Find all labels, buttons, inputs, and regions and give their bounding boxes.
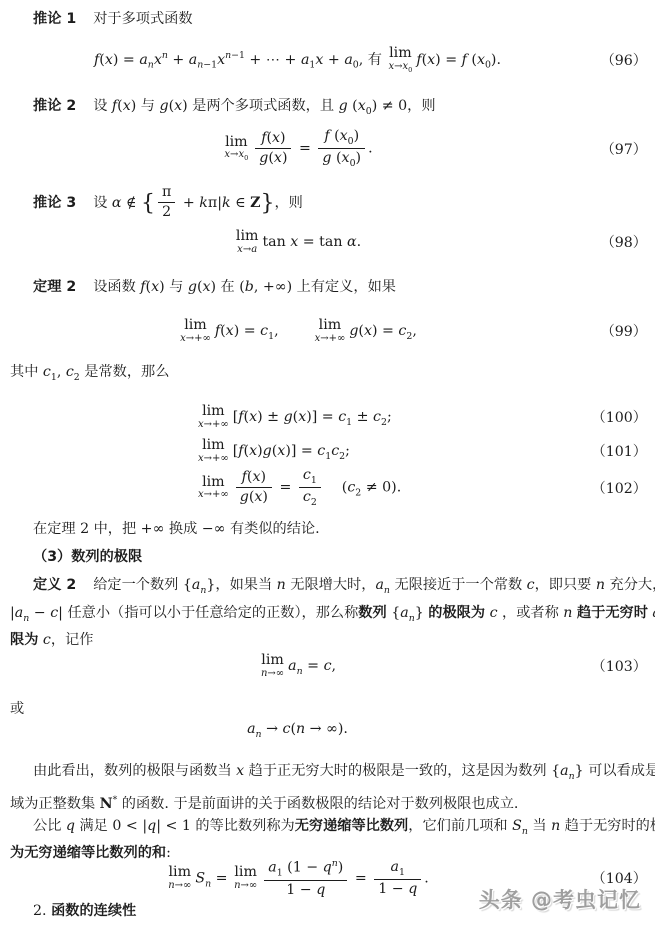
equation-98-body: limx→atan x = tan α. [234,229,361,255]
corollary2-text: 设 f(x) 与 g(x) 是两个多项式函数，且 g (x0) ≠ 0，则 [93,98,435,114]
equation-100: limx→+∞[f(x) ± g(x)] = c1 ± c2; （100） [0,404,655,430]
paragraph1-line2-text: 域为正整数集 N* 的函数. 于是前面讲的关于函数极限的结论对于数列极限也成立. [10,796,518,812]
equation-100-number: （100） [592,407,647,427]
paragraph1-line2: 域为正整数集 N* 的函数. 于是前面讲的关于函数极限的结论对于数列极限也成立. [10,789,518,815]
definition2-line2-text: |an − c| 任意小（指可以小于任意给定的正数），那么称数列 {an} 的极… [10,605,655,621]
equation-102: limx→+∞f(x)g(x) = c1c2(c2 ≠ 0). （102） [0,467,655,508]
corollary3-text: 设 α ∉ {π2 + kπ|k ∈ Z}，则 [93,195,303,211]
equation-103-number: （103） [592,656,647,676]
definition2-line2: |an − c| 任意小（指可以小于任意给定的正数），那么称数列 {an} 的极… [10,603,655,629]
equation-99: limx→+∞f(x) = c1,limx→+∞g(x) = c2, （99） [0,318,655,344]
sequence-limit-notation: an → c(n → ∞). [0,721,655,740]
equation-101: limx→+∞[f(x)g(x)] = c1c2; （101） [0,438,655,464]
equation-99-body: limx→+∞f(x) = c1,limx→+∞g(x) = c2, [178,318,417,344]
or-line: 或 [10,699,24,720]
equation-97: limx→x0f(x)g(x) = f (x0)g (x0). （97） [0,128,655,169]
corollary1-label: 推论 1 [33,11,76,27]
paragraph1-line1-text: 由此看出，数列的极限与函数当 x 趋于正无穷大时的极限是一致的，这是因为数列 {… [33,763,655,779]
textbook-page: 推论 1对于多项式函数 f(x) = anxn + an−1xn−1 + ⋯ +… [0,0,655,926]
section-sequence-limit-heading: （3）数列的极限 [33,547,142,568]
definition2-text: 给定一个数列 {an}，如果当 n 无限增大时，an 无限接近于一个常数 c，即… [93,577,655,593]
corollary2-line: 推论 2设 f(x) 与 g(x) 是两个多项式函数，且 g (x0) ≠ 0，… [33,96,436,122]
equation-101-number: （101） [592,441,647,461]
where-constants-text: 其中 c1, c2 是常数，那么 [10,364,169,380]
paragraph2-line1: 公比 q 满足 0 < |q| < 1 的等比数列称为无穷递缩等比数列，它们前几… [33,816,655,842]
equation-96: f(x) = anxn + an−1xn−1 + ⋯ + a1x + a0, 有… [0,46,655,74]
theorem2-remark-line: 在定理 2 中，把 +∞ 换成 −∞ 有类似的结论. [33,519,320,540]
theorem2-text: 设函数 f(x) 与 g(x) 在 (b, +∞) 上有定义，如果 [93,279,396,295]
equation-104-body: limn→∞Sn = limn→∞a1 (1 − qn)1 − q = a11 … [166,858,429,899]
equation-97-body: limx→x0f(x)g(x) = f (x0)g (x0). [222,128,372,169]
equation-103-body: limn→∞an = c, [259,653,336,679]
corollary3-label: 推论 3 [33,195,76,211]
equation-96-number: （96） [601,50,647,70]
equation-103: limn→∞an = c, （103） [0,653,655,679]
where-constants-line: 其中 c1, c2 是常数，那么 [10,362,169,388]
paragraph1-line1: 由此看出，数列的极限与函数当 x 趋于正无穷大时的极限是一致的，这是因为数列 {… [33,761,655,787]
equation-101-body: limx→+∞[f(x)g(x)] = c1c2; [196,438,350,464]
equation-102-body: limx→+∞f(x)g(x) = c1c2(c2 ≠ 0). [196,467,401,508]
watermark-toutiao: 头条 @考虫记忆 [479,884,641,914]
definition2-line: 定义 2给定一个数列 {an}，如果当 n 无限增大时，an 无限接近于一个常数… [33,575,655,601]
definition2-line3-text: 限为 c，记作 [10,632,93,648]
sequence-limit-notation-body: an → c(n → ∞). [247,721,348,740]
corollary3-line: 推论 3设 α ∉ {π2 + kπ|k ∈ Z}，则 [33,184,303,221]
equation-98-number: （98） [601,232,647,252]
equation-99-number: （99） [601,321,647,341]
section-sequence-limit-title: （3）数列的极限 [33,549,142,565]
equation-97-number: （97） [601,139,647,159]
equation-100-body: limx→+∞[f(x) ± g(x)] = c1 ± c2; [196,404,392,430]
section-continuity-title: 函数的连续性 [51,903,136,919]
corollary1-text: 对于多项式函数 [93,11,192,27]
or-text: 或 [10,701,24,717]
section-continuity-heading: 2. 函数的连续性 [33,901,136,922]
section-continuity-number: 2. [33,903,47,919]
definition2-line3: 限为 c，记作 [10,630,93,651]
corollary2-label: 推论 2 [33,98,76,114]
equation-102-number: （102） [592,478,647,498]
equation-96-body: f(x) = anxn + an−1xn−1 + ⋯ + a1x + a0, 有… [94,46,501,74]
definition2-label: 定义 2 [33,577,76,593]
equation-98: limx→atan x = tan α. （98） [0,229,655,255]
theorem2-line: 定理 2设函数 f(x) 与 g(x) 在 (b, +∞) 上有定义，如果 [33,277,396,298]
corollary1-line: 推论 1对于多项式函数 [33,9,193,30]
theorem2-remark-text: 在定理 2 中，把 +∞ 换成 −∞ 有类似的结论. [33,521,320,537]
paragraph2-line1-text: 公比 q 满足 0 < |q| < 1 的等比数列称为无穷递缩等比数列，它们前几… [33,818,655,834]
theorem2-label: 定理 2 [33,279,76,295]
